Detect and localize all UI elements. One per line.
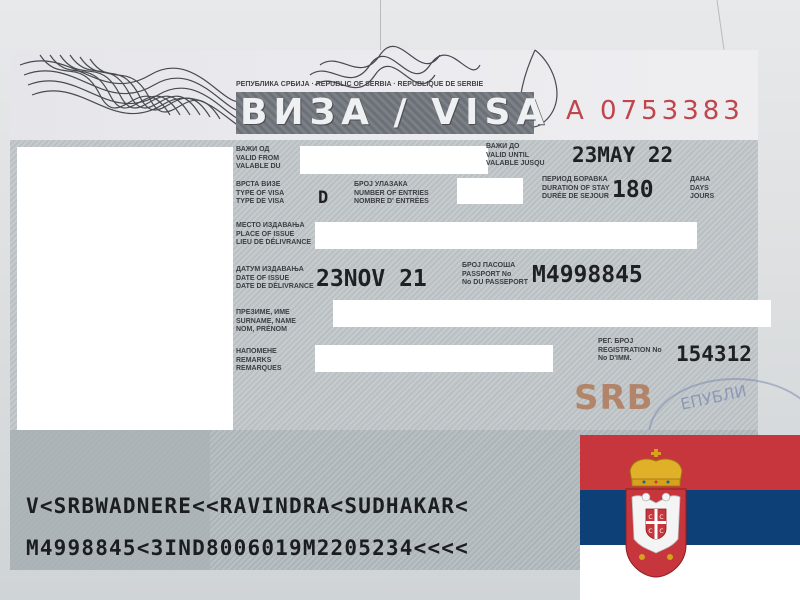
mrz-line-2: M4998845<3IND8006019M2205234<<<< [26, 536, 469, 560]
passport-no-label: БРОЈ ПАСОША PASSPORT No No DU PASSEPORT [462, 262, 528, 288]
days-label: ДАНА DAYS JOURS [690, 176, 714, 202]
place-of-issue-redaction [315, 222, 697, 249]
svg-text:С: С [648, 514, 652, 521]
flag-red-stripe [580, 435, 800, 490]
valid-from-redaction [300, 146, 488, 174]
duration-of-stay-label: ПЕРИОД БОРАВКА DURATION OF STAY DURÉE DE… [542, 176, 610, 202]
svg-text:С: С [659, 528, 663, 535]
flag-white-stripe [580, 545, 800, 600]
serbian-coat-of-arms-icon: С С С С [624, 449, 688, 579]
registration-no-label: РЕГ. БРОЈ REGISTRATION No No D'IMM. [598, 338, 662, 364]
date-of-issue-value: 23NOV 21 [316, 266, 427, 292]
passport-no-value: M4998845 [532, 262, 643, 288]
duration-of-stay-value: 180 [612, 177, 654, 203]
srb-country-mark: SRB [574, 378, 654, 418]
type-of-visa-label: ВРСТА ВИЗЕ TYPE OF VISA TYPE DE VISA [236, 181, 284, 207]
holder-photo-redaction [17, 147, 233, 430]
date-of-issue-label: ДАТУМ ИЗДАВАЊА DATE OF ISSUE DATE DE DÉL… [236, 266, 314, 292]
flag-blue-stripe [580, 490, 800, 545]
visa-title: ВИЗА / VISA [240, 92, 550, 133]
svg-text:С: С [648, 528, 652, 535]
registration-no-value: 154312 [676, 342, 752, 366]
surname-name-redaction [333, 300, 771, 327]
remarks-redaction [315, 345, 553, 372]
mrz-line-1: V<SRBWADNERE<<RAVINDRA<SUDHAKAR< [26, 494, 469, 518]
valid-until-label: ВАЖИ ДО VALID UNTIL VALABLE JUSQU [486, 143, 545, 169]
type-of-visa-value: D [318, 188, 328, 208]
valid-from-label: ВАЖИ ОД VALID FROM VALABLE DU [236, 146, 281, 172]
serbia-flag: С С С С [580, 435, 800, 600]
remarks-label: НАПОМЕНЕ REMARKS REMARQUES [236, 348, 282, 374]
number-of-entries-redaction [457, 178, 523, 204]
valid-until-value: 23MAY 22 [572, 143, 673, 167]
number-of-entries-label: БРОЈ УЛАЗАКА NUMBER OF ENTRIES NOMBRE D'… [354, 181, 429, 207]
issuing-country-line: РЕПУБЛИКА СРБИЈА · REPUBLIC OF SERBIA · … [236, 81, 483, 88]
svg-text:С: С [659, 514, 663, 521]
place-of-issue-label: МЕСТО ИЗДАВАЊА PLACE OF ISSUE LIEU DE DÉ… [236, 222, 311, 248]
surname-name-label: ПРЕЗИМЕ, ИМЕ SURNAME, NAME NOM, PRÉNOM [236, 309, 296, 335]
page-crease [380, 0, 381, 50]
visa-serial-number: A 0753383 [566, 96, 744, 126]
